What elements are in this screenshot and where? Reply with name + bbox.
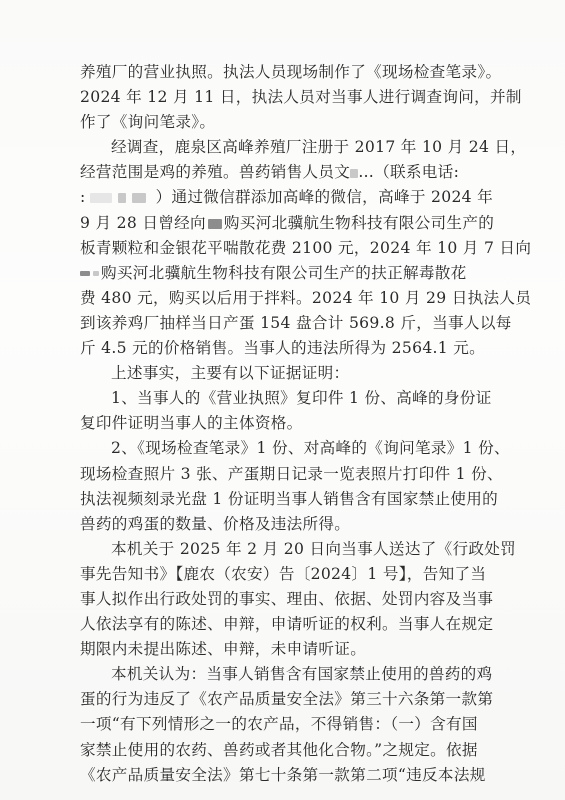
text-line: 蛋的行为违反了《农产品质量安全法》第三十六条第一款第 xyxy=(80,687,492,712)
redacted-name xyxy=(93,271,99,276)
paragraph-investigation-start: 经调查，鹿泉区高峰养殖厂注册于 2017 年 10 月 24 日， xyxy=(80,135,492,160)
text-line: 期限内未提出陈述、申辩，未申请听证。 xyxy=(80,637,492,662)
paragraph-notice: 本机关于 2025 年 2 月 20 日向当事人送达了《行政处罚 xyxy=(80,537,492,562)
text-line: 经营范围是鸡的养殖。兽药销售人员文…（联系电话: xyxy=(80,160,492,185)
text-line: 购买河北骥航生物科技有限公司生产的扶正解毒散花 xyxy=(80,261,492,286)
redacted-name xyxy=(350,169,358,178)
text-line: 事人拟作出行政处罚的事实、理由、依据、处罚内容及当事 xyxy=(80,587,492,612)
redacted-phone-part xyxy=(132,193,146,203)
text-line: 事先告知书》【鹿农（农安）告〔2024〕1 号】，告知了当 xyxy=(80,562,492,587)
text-line: 9 月 28 日曾经向购买河北骥航生物科技有限公司生产的 xyxy=(80,211,492,236)
text-segment: : xyxy=(80,188,86,206)
redacted-name xyxy=(208,219,222,229)
text-line: 到该养鸡厂抽样当日产蛋 154 盘合计 569.8 斤，当事人以每 xyxy=(80,311,492,336)
text-line: 板青颗粒和金银花平喘散花费 2100 元，2024 年 10 月 7 日向 xyxy=(80,236,492,261)
redacted-name xyxy=(80,271,90,276)
text-line: 人依法享有的陈述、申辩，申请听证的权利。当事人在规定 xyxy=(80,612,492,637)
text-segment: 购买河北骥航生物科技有限公司生产的扶正解毒散花 xyxy=(101,264,467,282)
redacted-phone-part xyxy=(90,193,112,203)
evidence-item-2: 2、《现场检查笔录》1 份、对高峰的《询问笔录》1 份、 xyxy=(80,436,492,461)
text-line: 费 480 元，购买以后用于拌料。2024 年 10 月 29 日执法人员 xyxy=(80,286,492,311)
text-line: 斤 4.5 元的价格销售。当事人的违法所得为 2564.1 元。 xyxy=(80,336,492,361)
text-segment: 9 月 28 日曾经向 xyxy=(80,214,206,232)
paragraph-evidence-intro: 上述事实，主要有以下证据证明： xyxy=(80,361,492,386)
text-segment: 经营范围是鸡的养殖。兽药销售人员文 xyxy=(80,163,350,181)
text-line: 养殖厂的营业执照。执法人员现场制作了《现场检查笔录》。 xyxy=(80,60,492,85)
text-line: 家禁止使用的农药、兽药或者其他化合物。”之规定。依据 xyxy=(80,738,492,763)
text-line: 《农产品质量安全法》第七十条第一款第二项“违反本法规 xyxy=(80,763,492,788)
text-line: 作了《询问笔录》。 xyxy=(80,110,492,135)
text-segment: ）通过微信群添加高峰的微信，高峰于 2024 年 xyxy=(156,188,494,206)
evidence-item-1: 1、当事人的《营业执照》复印件 1 份、高峰的身份证 xyxy=(80,386,492,411)
text-line: :）通过微信群添加高峰的微信，高峰于 2024 年 xyxy=(80,185,492,210)
text-line: 复印件证明当事人的主体资格。 xyxy=(80,411,492,436)
text-line: 一项“有下列情形之一的农产品，不得销售：（一）含有国 xyxy=(80,712,492,737)
text-line: 现场检查照片 3 张、产蛋期日记录一览表照片打印件 1 份、 xyxy=(80,462,492,487)
text-segment: 购买河北骥航生物科技有限公司生产的 xyxy=(224,214,494,232)
document-body: 养殖厂的营业执照。执法人员现场制作了《现场检查笔录》。 2024 年 12 月 … xyxy=(80,60,492,788)
paragraph-finding: 本机关认为：当事人销售含有国家禁止使用的兽药的鸡 xyxy=(80,662,492,687)
document-page: 养殖厂的营业执照。执法人员现场制作了《现场检查笔录》。 2024 年 12 月 … xyxy=(0,0,565,800)
text-line: 2024 年 12 月 11 日，执法人员对当事人进行调查询问，并制 xyxy=(80,85,492,110)
text-line: 兽药的鸡蛋的数量、价格及违法所得。 xyxy=(80,512,492,537)
text-line: 执法视频刻录光盘 1 份证明当事人销售含有国家禁止使用的 xyxy=(80,487,492,512)
text-segment: （联系电话: xyxy=(374,163,459,181)
text-segment: … xyxy=(358,163,374,181)
redacted-phone-part xyxy=(118,193,126,203)
